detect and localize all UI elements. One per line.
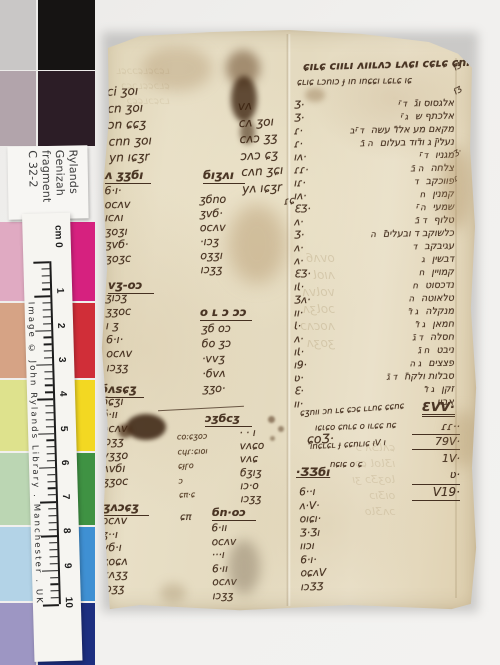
ruler-number: 7 xyxy=(60,494,71,500)
archive-label-line: Genizah xyxy=(52,150,67,215)
ruler-subtick xyxy=(47,481,55,482)
paper-edge-shading xyxy=(100,28,478,612)
ruler-number: 8 xyxy=(61,528,72,534)
ruler-subtick xyxy=(47,474,55,475)
ruler-subtick xyxy=(45,385,53,386)
ruler-subtick xyxy=(44,371,52,372)
ruler-subtick xyxy=(44,357,52,358)
color-patch-left-1 xyxy=(0,71,36,146)
archive-label-line: Rylands xyxy=(66,149,81,214)
ruler-tick xyxy=(41,536,57,538)
ruler-subtick xyxy=(43,337,51,338)
ruler-subtick xyxy=(47,446,55,447)
ruler-subtick xyxy=(42,275,50,276)
ruler-tick xyxy=(33,261,49,263)
ruler-number: 1 xyxy=(54,288,65,294)
ruler-subtick xyxy=(50,584,58,585)
ruler-subtick xyxy=(43,316,51,317)
color-patch-left-0 xyxy=(0,0,36,70)
ruler-subtick xyxy=(50,577,58,578)
ruler-tick xyxy=(40,501,56,503)
ruler-tick xyxy=(35,330,51,332)
photo-stage: RylandsGenizahfragmentC 32-2 Image © Joh… xyxy=(0,0,500,665)
color-patch-left-7 xyxy=(0,603,36,665)
archive-label-line: C 32-2 xyxy=(25,150,40,215)
ruler-subtick xyxy=(48,494,56,495)
ruler-subtick xyxy=(49,529,57,530)
ruler-subtick xyxy=(42,289,50,290)
ruler-subtick xyxy=(48,508,56,509)
ruler-subtick xyxy=(46,412,54,413)
ruler-tick xyxy=(43,604,59,606)
ruler-subtick xyxy=(50,563,58,564)
archive-label-line: fragment xyxy=(39,150,54,215)
archive-label: RylandsGenizahfragmentC 32-2 xyxy=(7,145,88,219)
ruler-subtick xyxy=(44,350,52,351)
ruler-number: cm 0 xyxy=(52,225,64,248)
ruler-subtick xyxy=(51,590,59,591)
ruler-number: 2 xyxy=(55,322,66,328)
ruler-tick xyxy=(38,433,54,435)
ruler-tick xyxy=(34,296,50,298)
ruler-number: 4 xyxy=(57,391,68,397)
ruler-number: 5 xyxy=(58,425,69,431)
ruler-number: 10 xyxy=(63,597,74,608)
ruler-tick xyxy=(42,570,58,572)
ruler-number: 3 xyxy=(56,357,67,363)
ruler-number: 6 xyxy=(59,460,70,466)
ruler-subtick xyxy=(45,392,53,393)
ruler-subtick xyxy=(46,419,54,420)
ruler-tick xyxy=(39,467,55,469)
ruler-number: 9 xyxy=(62,562,73,568)
color-patch-right-0 xyxy=(38,0,95,70)
ruler-subtick xyxy=(45,405,53,406)
ruler-subtick xyxy=(42,268,50,269)
ruler-subtick xyxy=(47,460,55,461)
ruler-subtick xyxy=(49,549,57,550)
ruler-subtick xyxy=(48,515,56,516)
ruler-subtick xyxy=(45,378,53,379)
ruler-subtick xyxy=(50,556,58,557)
ruler-subtick xyxy=(49,522,57,523)
manuscript-fragment: ovʌ6ʌıoƖvoƖvʌɔoƖʒʌʌocʌɔʒoʒʌɕʌƖƷʌ ɔıƷƖoƖ … xyxy=(100,28,478,612)
ruler-subtick xyxy=(48,488,56,489)
ruler-subtick xyxy=(51,597,59,598)
ruler-tick xyxy=(37,398,53,400)
ruler-subtick xyxy=(43,309,51,310)
ruler-subtick xyxy=(47,453,55,454)
archive-label-text: RylandsGenizahfragmentC 32-2 xyxy=(25,149,80,215)
ruler-subtick xyxy=(49,542,57,543)
ruler-subtick xyxy=(46,426,54,427)
ruler-subtick xyxy=(44,344,52,345)
ruler-subtick xyxy=(43,323,51,324)
ruler-subtick xyxy=(46,440,54,441)
ruler-tick xyxy=(36,364,52,366)
color-patch-right-1 xyxy=(38,71,95,146)
ruler-subtick xyxy=(42,282,50,283)
ruler-subtick xyxy=(42,302,50,303)
